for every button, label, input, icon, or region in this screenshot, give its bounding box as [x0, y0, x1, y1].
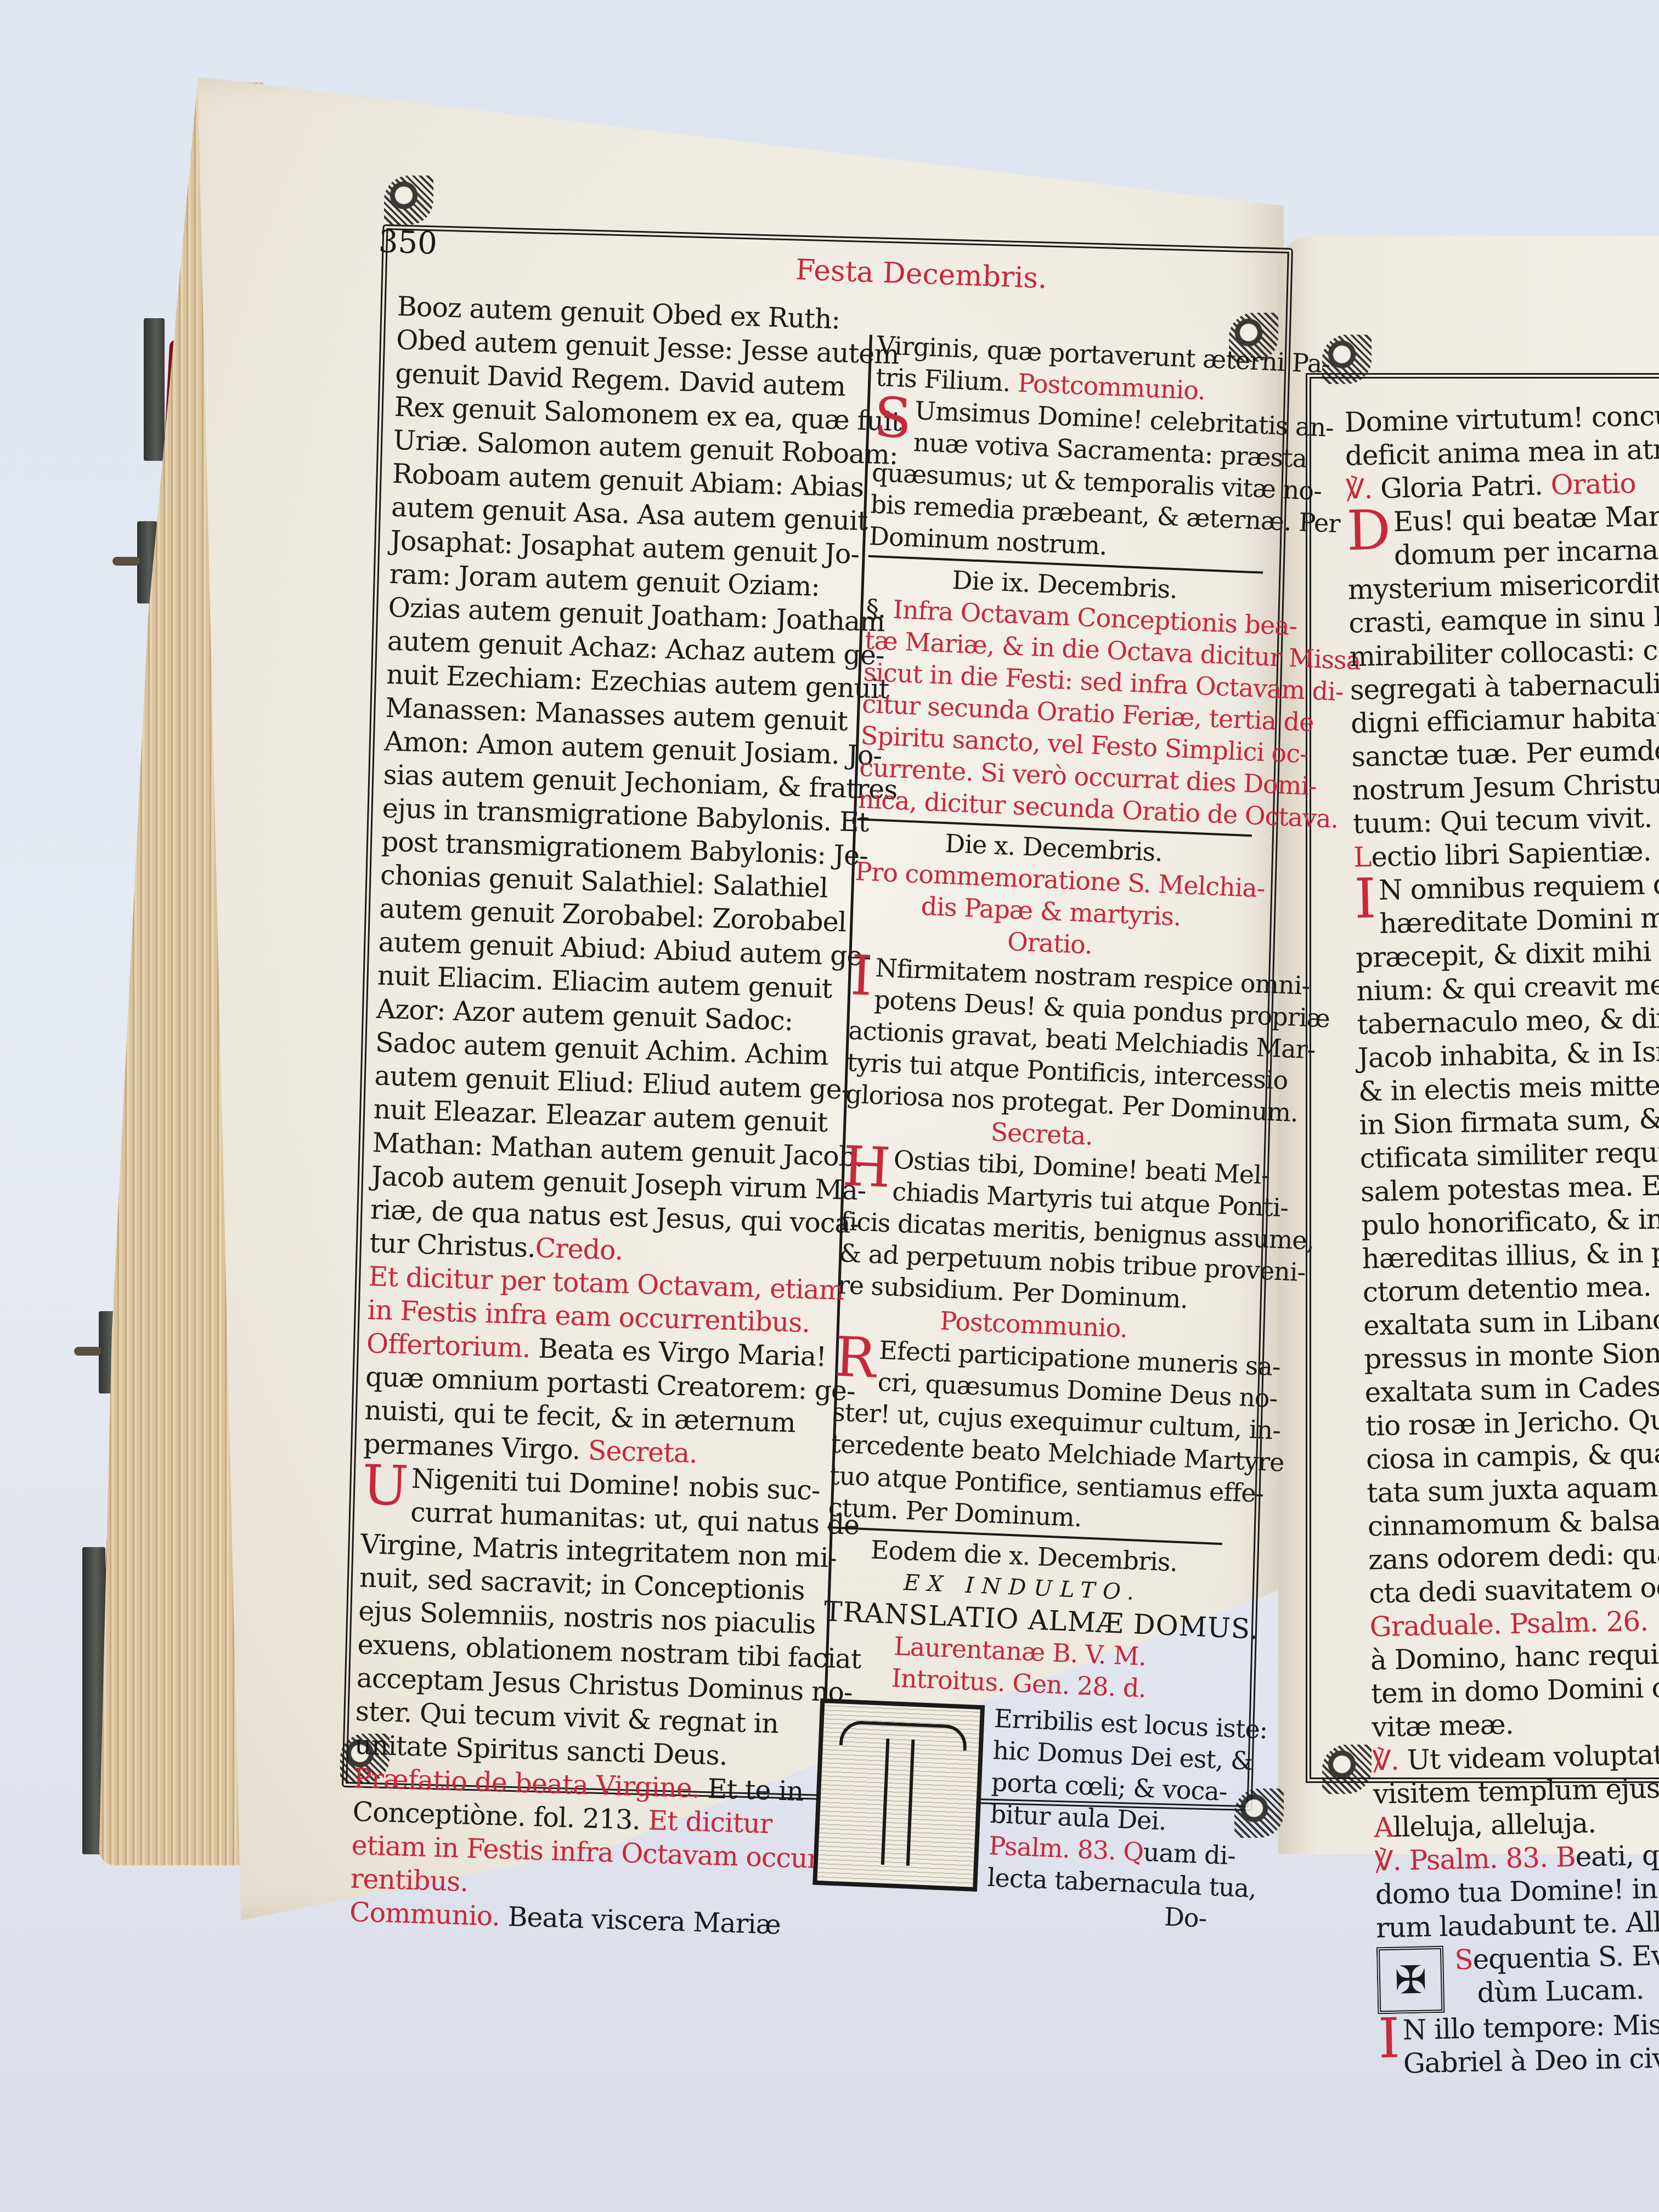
line-text: §.	[866, 594, 894, 624]
line-text: Domine virtutum! concu	[1344, 400, 1659, 438]
text-line: digni efficiamur habitator	[1350, 700, 1659, 741]
line-text: tem in domo Domini omn	[1371, 1671, 1659, 1710]
clasp-pin-upper	[112, 557, 140, 566]
text-line: pressus in monte Sion: q	[1364, 1336, 1659, 1376]
line-text-continuation: Credo.	[535, 1232, 623, 1266]
letter-t-illustration	[834, 1720, 961, 1867]
gospel-heading-initial: S	[1454, 1944, 1473, 1976]
text-line: Alleluja, alleluja.	[1374, 1804, 1659, 1845]
line-text: segregati à tabernaculis pec	[1350, 666, 1659, 706]
line-text: tris Filium.	[875, 362, 1011, 397]
text-line: nium: & qui creavit me, re	[1356, 968, 1659, 1008]
line-text-continuation: lleluja, alleluja.	[1393, 1807, 1596, 1843]
line-text: rentibus.	[350, 1863, 469, 1898]
line-text: hæreditas illius, & in plenit	[1362, 1235, 1659, 1275]
line-text: rum laudabunt te. Allel	[1376, 1906, 1659, 1944]
cross-icon: ✠	[1376, 1946, 1445, 2015]
text-line: ciosa in campis, & quasi pla	[1366, 1436, 1659, 1477]
line-text: cta dedi suavitatem odoris	[1369, 1570, 1659, 1610]
drop-cap-initial: I	[1378, 2014, 1400, 2064]
text-line: ℣. Ut videam voluptatem	[1372, 1737, 1659, 1778]
text-line: Gabriel à Deo in civitat	[1379, 2041, 1659, 2081]
text-line: Jacob inhabita, & in Israël h	[1357, 1035, 1659, 1075]
text-line: hæreditas illius, & in plenit	[1362, 1235, 1659, 1276]
line-text: domum per incarna	[1393, 534, 1658, 571]
text-line: Graduale. Psalm. 26.	[1369, 1604, 1659, 1644]
corner-ornament-bottom-right	[1234, 1788, 1284, 1838]
line-text: hæreditate Domini mora	[1379, 901, 1659, 940]
line-text: visitem templum ejus.	[1373, 1772, 1659, 1810]
line-text: domo tua Domine! in sæc	[1375, 1871, 1659, 1910]
line-text: Gabriel à Deo in civitat	[1403, 2041, 1659, 2080]
line-text-continuation: Beata viscera Mariæ	[499, 1901, 781, 1940]
line-text: tuum: Qui tecum vivit.	[1352, 802, 1652, 839]
drop-cap-initial: S	[873, 393, 912, 444]
line-text: Do-	[1164, 1901, 1207, 1933]
line-text: ℣.	[1346, 473, 1381, 505]
line-text-continuation: Ut videam voluptatem	[1407, 1738, 1659, 1776]
line-text: pressus in monte Sion: q	[1364, 1336, 1659, 1375]
text-line: ctorum detentio mea. Qu	[1362, 1269, 1659, 1310]
line-text: tabernaculo meo, & dixit	[1357, 1002, 1659, 1041]
line-text: Jacob inhabita, & in Israël h	[1357, 1034, 1659, 1074]
line-text: permanes Virgo.	[363, 1428, 580, 1466]
text-line: exaltata sum in Cades, qu	[1364, 1369, 1659, 1410]
text-line: domo tua Domine! in sæc	[1375, 1871, 1659, 1912]
text-line: pulo honorificato, & in par	[1361, 1202, 1659, 1243]
column-middle-lines: Virginis, quæ portaverunt æterni Pa-tris…	[821, 329, 1272, 1707]
text-line: tuum: Qui tecum vivit.	[1352, 800, 1659, 841]
line-text: mysterium misericordite	[1347, 567, 1659, 606]
line-text-continuation: Eus! qui beatæ Maria	[1393, 500, 1659, 538]
gospel-heading-tail: I	[1652, 1973, 1659, 2005]
line-text: tio rosæ in Jericho. Quas	[1365, 1403, 1659, 1442]
text-line: vitæ meæ.	[1372, 1704, 1659, 1745]
metal-clasp-top	[144, 318, 165, 461]
line-text: Secreta.	[990, 1117, 1093, 1151]
text-line: IN illo tempore: Missus	[1378, 2007, 1659, 2048]
line-text: deficit anima mea in atria D	[1345, 432, 1659, 472]
line-text: in Sion firmata sum, & in ci	[1359, 1102, 1659, 1141]
line-text: nium: & qui creavit me, re	[1356, 968, 1659, 1007]
line-text-continuation: Oratio	[1550, 467, 1636, 501]
line-text: Psalm. 83. Q	[988, 1831, 1144, 1867]
line-text: Oratio.	[1007, 927, 1093, 960]
gospel-heading: ✠ Sequentia S. Evan dùm Lucam. I	[1376, 1938, 1659, 2015]
text-line: à Domino, hanc requiram	[1370, 1637, 1659, 1678]
line-text-continuation: Secreta.	[580, 1435, 698, 1469]
text-column-left: Booz autem genuit Obed ex Ruth:Obed aute…	[349, 290, 880, 1943]
text-line: cinnamomum & balsamu	[1367, 1503, 1659, 1544]
line-text: vitæ meæ.	[1372, 1708, 1514, 1743]
line-text: Graduale. Psalm. 26.	[1369, 1605, 1649, 1643]
text-line: IN omnibus requiem quæ	[1354, 867, 1659, 908]
line-text: Communio.	[349, 1897, 500, 1932]
line-text: digni efficiamur habitator	[1351, 701, 1659, 740]
drop-cap-initial: I	[1354, 874, 1376, 924]
line-text: cinnamomum & balsamu	[1367, 1504, 1659, 1543]
drop-cap-initial: U	[362, 1460, 409, 1511]
line-text-continuation: N illo tempore: Missus	[1402, 2008, 1659, 2046]
text-line: ℣. Psalm. 83. Beati, qui	[1374, 1838, 1659, 1878]
woodcut-block: Erribilis est locus iste:hic Domus Dei e…	[811, 1695, 1215, 1934]
line-text-continuation: Et dicitur	[640, 1804, 772, 1839]
text-line: & in electis meis mitte radi	[1358, 1068, 1659, 1109]
text-column-middle: Virginis, quæ portaverunt æterni Pa-tris…	[811, 329, 1273, 1934]
text-line: tata sum juxta aquam in pla	[1367, 1470, 1659, 1510]
line-text: pulo honorificato, & in par	[1361, 1202, 1659, 1242]
text-line: exaltata sum in Libano, &	[1363, 1302, 1659, 1343]
line-text: exaltata sum in Cades, qu	[1364, 1369, 1659, 1408]
text-line: nostrum Jesum Christum	[1352, 767, 1659, 808]
line-text: L	[1353, 841, 1372, 873]
line-text-continuation: Et te in	[699, 1773, 804, 1808]
line-text: ctorum detentio mea. Qu	[1362, 1269, 1659, 1308]
line-text: exaltata sum in Libano, &	[1363, 1302, 1659, 1341]
corner-ornament-top-left	[384, 176, 433, 225]
line-text: ℣. Psalm. 83. B	[1374, 1841, 1576, 1877]
line-text: Offertorium.	[366, 1328, 531, 1364]
line-text-continuation: eati, qui	[1575, 1839, 1659, 1873]
text-line: rum laudabunt te. Allel	[1375, 1905, 1659, 1945]
page-number: 350	[378, 224, 438, 262]
line-text: tata sum juxta aquam in pla	[1367, 1469, 1659, 1509]
line-text: A	[1374, 1812, 1393, 1844]
text-line: Lectio libri Sapientiæ. Ec	[1353, 834, 1659, 874]
text-line: sanctæ tuæ. Per eumdem	[1351, 733, 1659, 774]
gospel-heading-line2: dùm Lucam.	[1455, 1973, 1644, 2009]
woodcut-initial-t	[812, 1699, 985, 1892]
drop-cap-initial: D	[1346, 505, 1391, 556]
drop-cap-initial: R	[834, 1332, 877, 1383]
line-text: mirabiliter collocasti: co	[1349, 634, 1659, 673]
line-text: & in electis meis mitte radi	[1358, 1068, 1659, 1108]
line-text: sanctæ tuæ. Per eumdem	[1351, 734, 1659, 773]
text-line: visitem templum ejus.	[1373, 1771, 1659, 1812]
line-text-continuation: Gloria Patri.	[1380, 469, 1551, 504]
text-line: tem in domo Domini omn	[1371, 1671, 1659, 1711]
text-line: segregati à tabernaculis pec	[1350, 667, 1659, 707]
corner-ornament-right-page-bottom	[1322, 1745, 1372, 1794]
text-line: ctificata similiter requievi,	[1359, 1135, 1659, 1176]
line-text: ciosa in campis, & quasi pla	[1366, 1436, 1659, 1475]
line-text: præcepit, & dixit mihi Cr	[1355, 935, 1659, 974]
gospel-heading-text: equentia S. Evan	[1472, 1939, 1659, 1976]
line-text: zans odorem dedi: quasi m	[1368, 1537, 1659, 1576]
line-text-continuation: uam di-	[1143, 1837, 1236, 1871]
drop-cap-initial: I	[850, 951, 873, 1001]
line-text: tur Christus.	[369, 1227, 536, 1263]
text-line: cta dedi suavitatem odoris	[1369, 1570, 1659, 1611]
drop-cap-initial: H	[842, 1142, 891, 1193]
text-line: zans odorem dedi: quasi m	[1368, 1537, 1659, 1577]
text-line: hæreditate Domini mora	[1355, 901, 1659, 941]
line-text: nostrum Jesum Christum	[1352, 768, 1659, 806]
text-column-right-page: Domine virtutum! concudeficit anima mea …	[1344, 399, 1659, 2081]
text-line: præcepit, & dixit mihi Cr	[1355, 934, 1659, 975]
line-text-continuation: N omnibus requiem quæ	[1378, 867, 1659, 906]
line-text: crasti, eamque in sinu Ec	[1348, 600, 1659, 639]
line-text: ℣.	[1372, 1744, 1407, 1776]
line-text-continuation: ectio libri Sapientiæ.	[1371, 835, 1659, 873]
text-line: tio rosæ in Jericho. Quas	[1365, 1403, 1659, 1443]
right-page-lines: Domine virtutum! concudeficit anima mea …	[1344, 399, 1659, 1945]
text-line: tabernaculo meo, & dixit	[1357, 1001, 1659, 1042]
line-text: ctificata similiter requievi,	[1359, 1135, 1659, 1174]
gospel-lines: IN illo tempore: Missus Gabriel à Deo in…	[1378, 2007, 1659, 2081]
line-text: salem potestas mea. Et radi	[1360, 1168, 1659, 1207]
text-line: salem potestas mea. Et radi	[1360, 1169, 1659, 1209]
clasp-pin-lower	[74, 1347, 101, 1356]
text-line: in Sion firmata sum, & in ci	[1359, 1102, 1659, 1142]
line-text: à Domino, hanc requiram	[1370, 1637, 1659, 1676]
